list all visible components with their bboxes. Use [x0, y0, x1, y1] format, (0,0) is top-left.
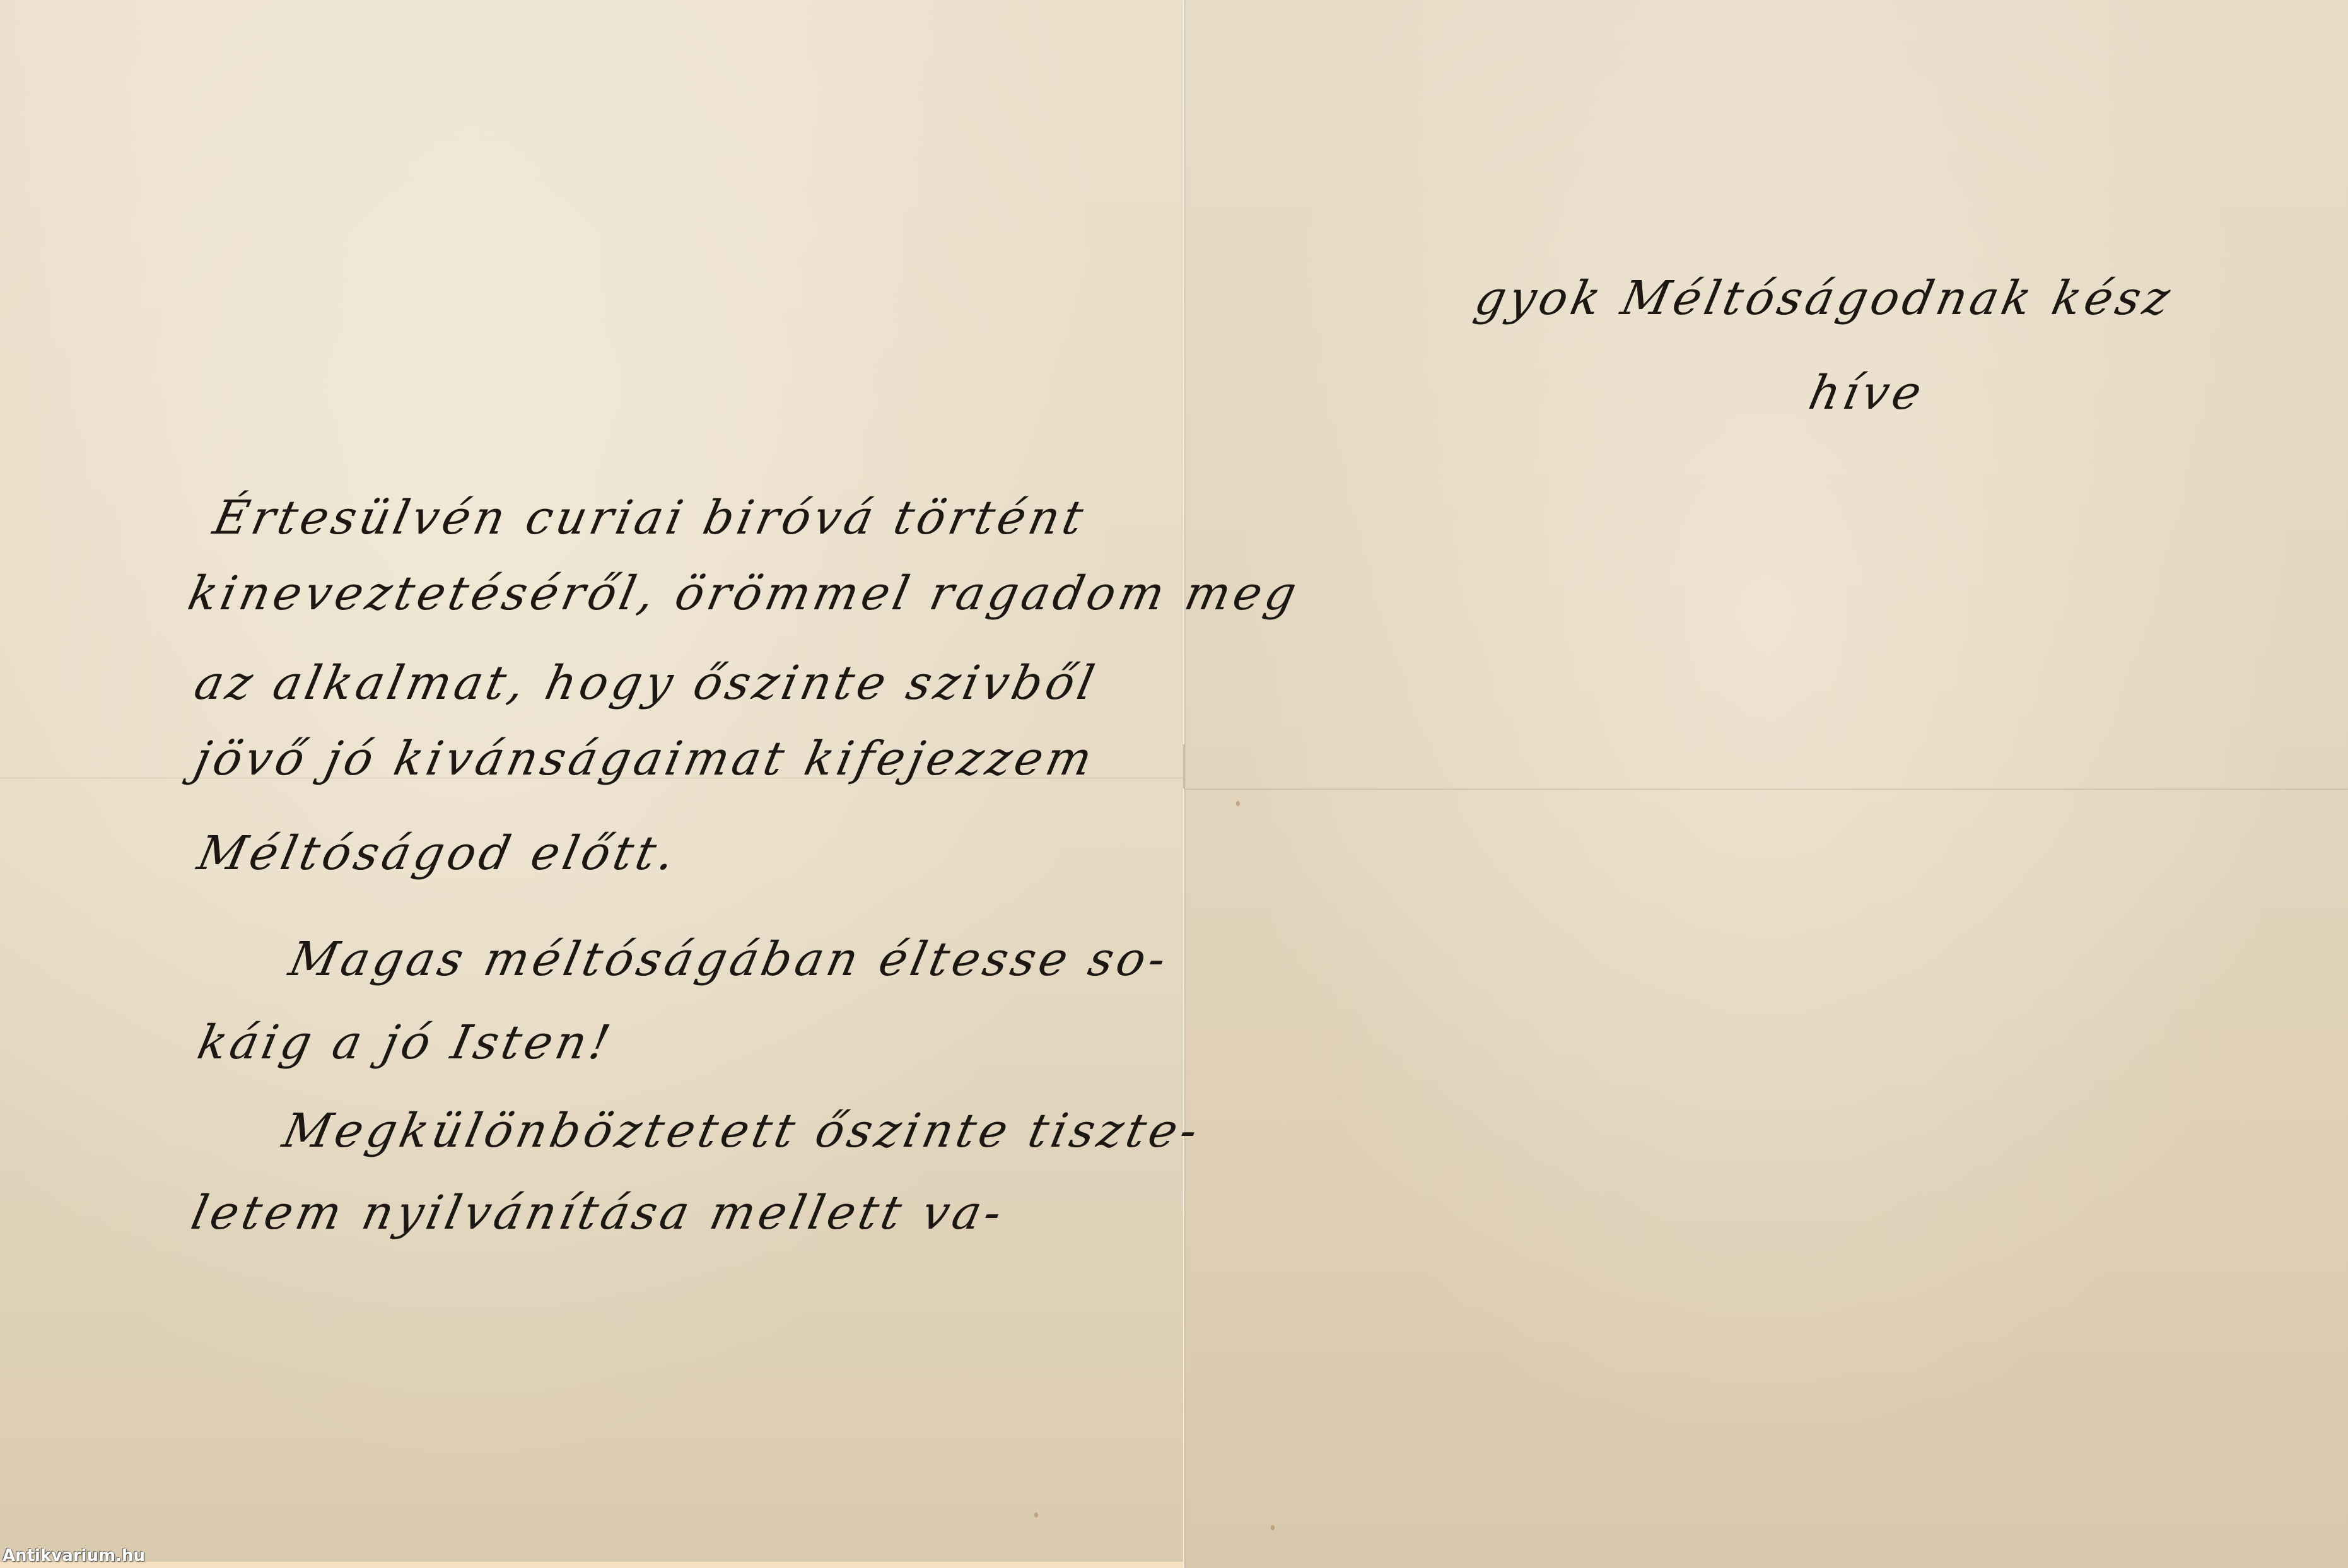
paper-speck	[1236, 801, 1240, 806]
fold-crease-junction	[1183, 744, 1184, 788]
fold-crease-right	[1184, 788, 2348, 790]
letter-line: Értesülvén curiai biróvá történt	[209, 491, 1092, 545]
watermark: Antikvarium.hu	[3, 1547, 145, 1565]
letter-page-right	[1184, 0, 2348, 1568]
letter-line: letem nyilvánítása mellett va-	[187, 1186, 1010, 1240]
letter-line: gyok Méltóságodnak kész	[1470, 271, 2178, 325]
letter-line: az alkalmat, hogy őszinte szivből	[190, 656, 1102, 710]
paper-speck	[1271, 1525, 1275, 1530]
paper-speck	[1034, 1512, 1038, 1518]
letter-line: jövő jó kivánságaimat kifejezzem	[190, 732, 1101, 786]
letter-line: Méltóságod előtt.	[193, 826, 684, 881]
letter-line: kineveztetéséről, örömmel ragadom meg	[184, 566, 1305, 621]
letter-line: Megkülönböztetett őszinte tiszte-	[278, 1104, 1206, 1158]
letter-line: Magas méltóságában éltesse so-	[284, 932, 1174, 986]
letter-line: híve	[1804, 366, 1930, 420]
letter-line: káig a jó Isten!	[193, 1015, 619, 1070]
